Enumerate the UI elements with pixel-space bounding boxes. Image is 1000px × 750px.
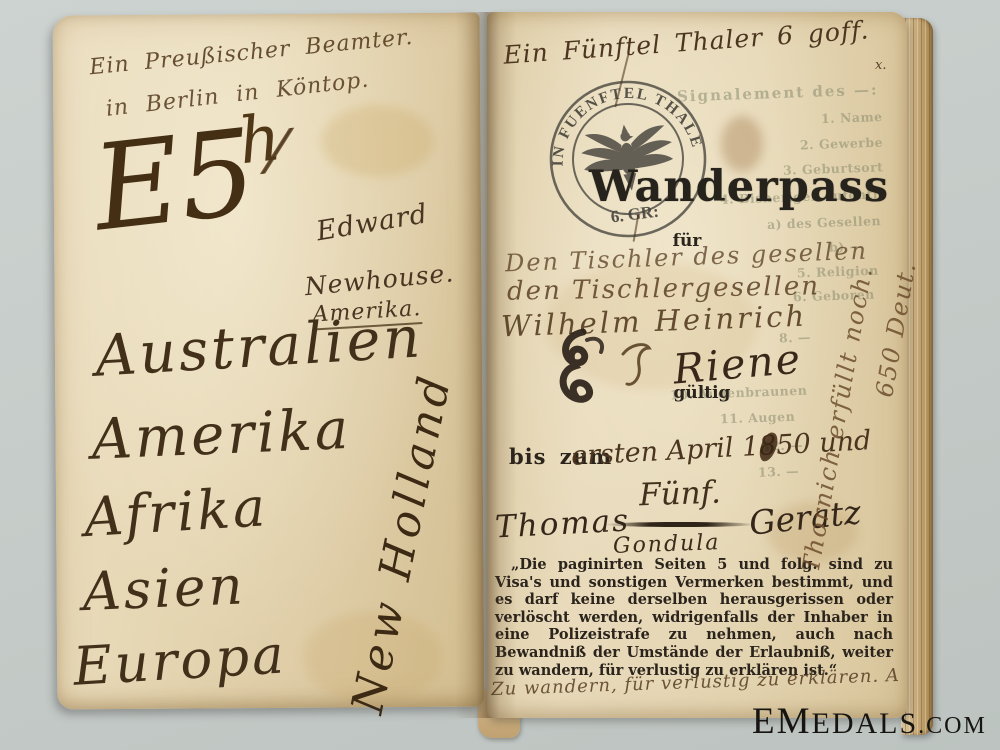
signature-flourish-line: [605, 522, 755, 527]
passport-right-page: Ein Fünftel Thaler 6 goff. x. Signalemen…: [487, 12, 907, 718]
gueltig-label: gültig: [647, 383, 757, 403]
watermark-em: EM: [752, 701, 812, 742]
revenue-stamp-seal: EIN FUENFTEL THALER 6. GR:: [536, 67, 721, 252]
document-title: Wanderpass: [589, 162, 889, 212]
watermark-edals: EDALS: [812, 707, 919, 740]
continent-entry: Amerika: [90, 397, 352, 473]
continent-entry: Afrika: [82, 475, 269, 549]
owner-name-line2: Newhouse.: [303, 258, 455, 301]
photo-background: Ein Preußischer Beamter. in Berlin in Kö…: [0, 0, 1000, 750]
vertical-margin-note: New Holland: [333, 352, 471, 733]
monogram-flourish: h: [235, 101, 284, 179]
bleedthrough-item: 11. Augen: [720, 409, 796, 427]
watermark-dotcom: .COM: [918, 713, 987, 739]
ink-monogram: E5h⁄⁄: [88, 107, 305, 247]
bleedthrough-item: 13. —: [758, 463, 800, 479]
continent-entry: Asien: [81, 555, 246, 623]
owner-name-line1: Edward: [314, 198, 430, 247]
continent-entry: Europa: [71, 624, 288, 698]
fee-note: Ein Fünftel Thaler 6 goff.: [502, 15, 870, 70]
emedals-watermark: EMEDALS.COM: [752, 700, 987, 743]
paper-stain: [321, 105, 433, 178]
signature-gondula: Gondula: [613, 530, 721, 559]
bleedthrough-signalement-heading: Signalement des —:: [677, 80, 879, 105]
passport-left-page: Ein Preußischer Beamter. in Berlin in Kö…: [53, 13, 485, 710]
corner-mark: x.: [875, 58, 886, 73]
monogram-initials: E5: [87, 102, 263, 257]
continent-entry: Australien: [93, 304, 425, 389]
